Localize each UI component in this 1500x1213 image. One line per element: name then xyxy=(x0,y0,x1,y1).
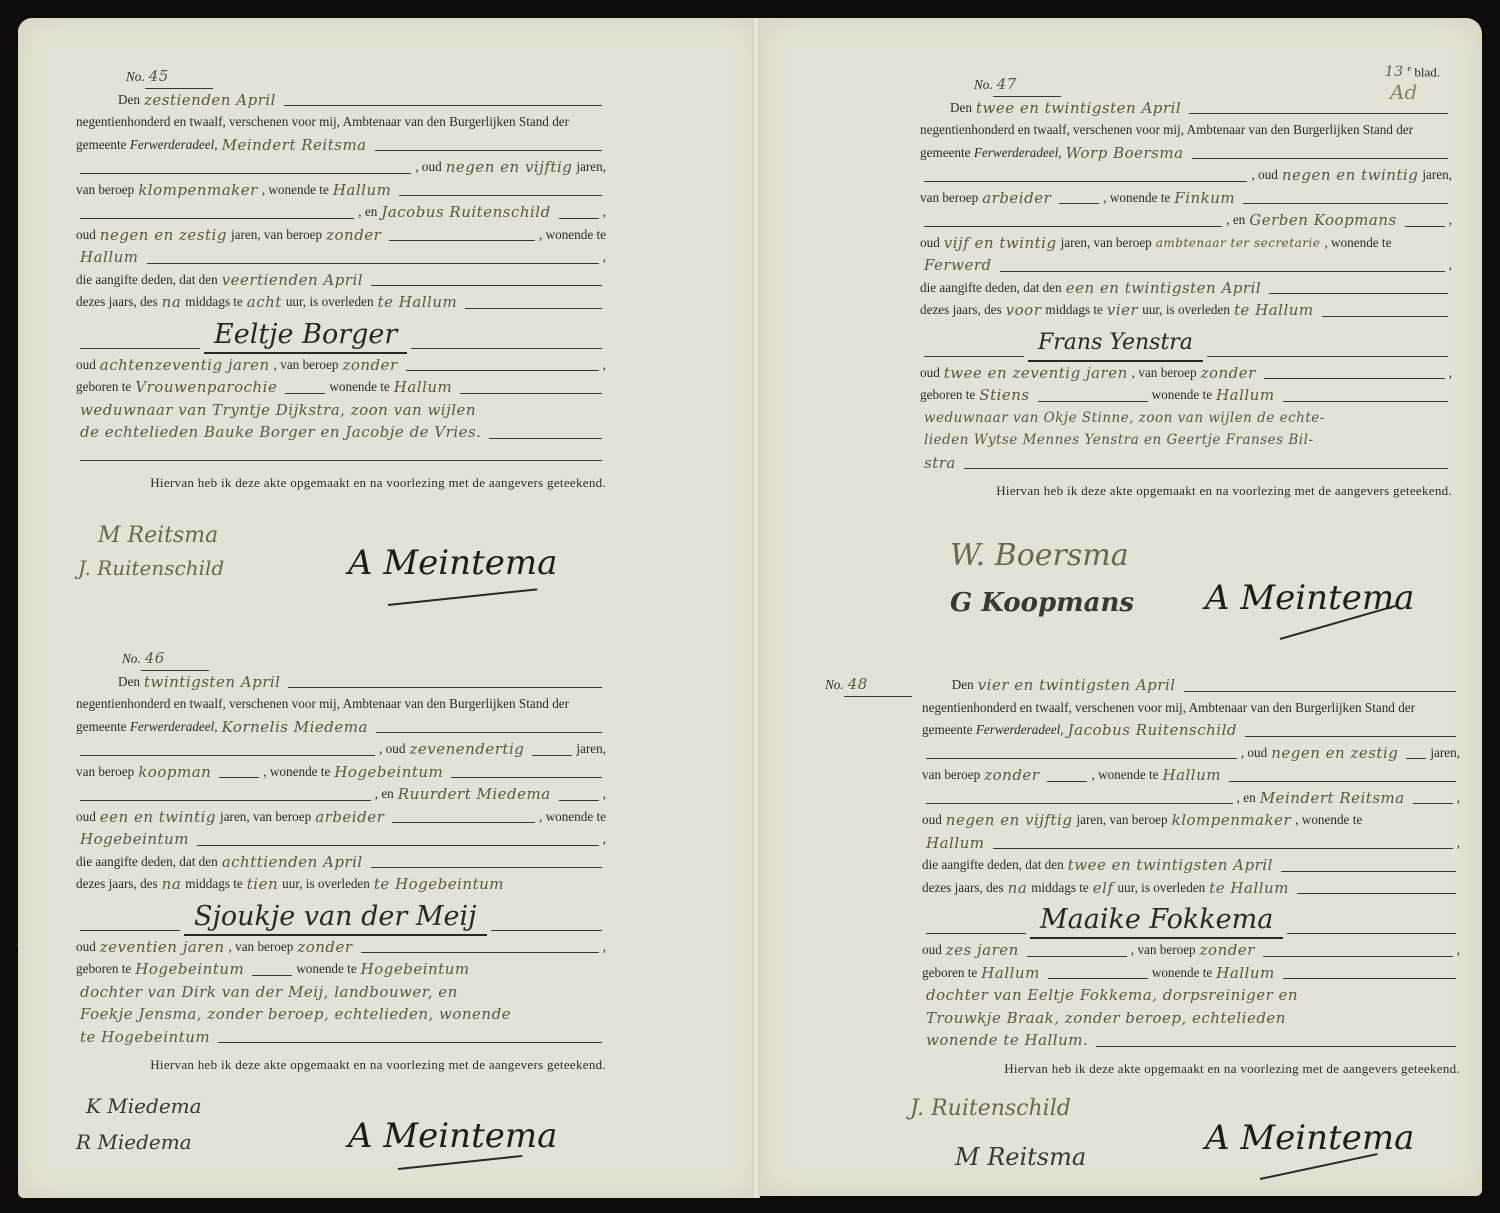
deceased-name: Maaike Fokkema xyxy=(1030,903,1283,939)
comma: , xyxy=(603,828,606,851)
declarant2-name: Jacobus Ruitenschild xyxy=(377,201,554,224)
relation-line: dochter van Dirk van der Meij, landbouwe… xyxy=(76,981,462,1004)
left-page: No. 45 Den zestienden April negentienhon… xyxy=(18,18,758,1198)
wonende-label: , wonende te xyxy=(1295,809,1362,832)
wonende-label: , wonende te xyxy=(1091,764,1158,787)
death-date: achttienden April xyxy=(218,851,367,874)
relation-line: dochter van Eeltje Fokkema, dorpsreinige… xyxy=(922,984,1302,1007)
time-of-day: na xyxy=(158,291,186,314)
declarant2-occupation: zonder xyxy=(322,224,385,247)
relation-line: weduwnaar van Okje Stinne, zoon van wijl… xyxy=(920,407,1329,430)
aangifte-label: die aangifte deden, dat den xyxy=(920,277,1062,300)
declarant2-occupation: ambtenaar ter secretarie xyxy=(1152,232,1325,255)
intro-text: negentienhonderd en twaalf, verschenen v… xyxy=(76,693,569,716)
comma: , xyxy=(1449,362,1452,385)
death-place: te Hallum xyxy=(1205,877,1293,900)
time-of-day: na xyxy=(1004,877,1032,900)
den-label: Den xyxy=(118,89,140,112)
declarant1-name: Kornelis Miedema xyxy=(218,716,372,739)
death-date: veertienden April xyxy=(218,269,367,292)
deceased-occupation: zonder xyxy=(1196,939,1259,962)
record-number-label: No. xyxy=(122,648,141,671)
middags-label: middags te xyxy=(1031,877,1089,900)
declarant1-name: Meindert Reitsma xyxy=(218,134,371,157)
signature-registrar: A Meintema xyxy=(1205,578,1414,618)
death-record-48: No. 48 Den vier en twintigsten April neg… xyxy=(825,674,1460,1080)
jaren-label: jaren, xyxy=(576,156,606,179)
deceased-age: zeventien jaren xyxy=(96,936,229,959)
wonende-label: , wonende te xyxy=(539,224,606,247)
declarant1-residence: Hallum xyxy=(1158,764,1225,787)
comma: , xyxy=(603,354,606,377)
comma: , xyxy=(1449,254,1452,277)
jaren-label: jaren, xyxy=(1422,164,1452,187)
death-hour: elf xyxy=(1089,877,1118,900)
signature-declarant1: M Reitsma xyxy=(98,523,218,548)
beroep-label: van beroep xyxy=(76,179,134,202)
record-number-label: No. xyxy=(126,66,145,89)
geboren-label: geboren te xyxy=(920,384,975,407)
death-place: te Hallum xyxy=(1230,299,1318,322)
declarant1-occupation: koopman xyxy=(134,761,215,784)
closing-statement: Hiervan heb ik deze akte opgemaakt en na… xyxy=(922,1058,1460,1081)
dezes-jaars-label: dezes jaars, des xyxy=(76,873,158,896)
time-of-day: na xyxy=(158,873,186,896)
oud-label: , oud xyxy=(379,738,405,761)
overleden-label: uur, is overleden xyxy=(1118,877,1206,900)
record-number: 48 xyxy=(844,673,912,697)
oud-label: , oud xyxy=(1251,164,1277,187)
aangifte-label: die aangifte deden, dat den xyxy=(76,269,218,292)
municipality-name: Ferwerderadeel, xyxy=(130,134,218,157)
en-label: , en xyxy=(1237,787,1256,810)
declarant2-occupation: klompenmaker xyxy=(1168,809,1296,832)
en-label: , en xyxy=(375,783,394,806)
declarant1-age: zevenendertig xyxy=(405,738,528,761)
dezes-jaars-label: dezes jaars, des xyxy=(76,291,158,314)
death-record-47: No. 47 Den twee en twintigsten April neg… xyxy=(920,74,1452,503)
geboren-label: geboren te xyxy=(922,962,977,985)
registration-date: vier en twintigsten April xyxy=(974,674,1180,697)
oud-label: , oud xyxy=(415,156,441,179)
beroep-label: , van beroep xyxy=(229,936,294,959)
intro-text: negentienhonderd en twaalf, verschenen v… xyxy=(76,111,569,134)
closing-statement: Hiervan heb ik deze akte opgemaakt en na… xyxy=(920,480,1452,503)
death-hour: acht xyxy=(243,291,286,314)
jaren-label: jaren, xyxy=(1430,742,1460,765)
aangifte-label: die aangifte deden, dat den xyxy=(76,851,218,874)
deceased-age: twee en zeventig jaren xyxy=(940,362,1132,385)
record-number: 45 xyxy=(145,65,213,89)
deceased-age: achtenzeventig jaren xyxy=(96,354,274,377)
oud-label: oud xyxy=(76,354,96,377)
death-record-45: No. 45 Den zestienden April negentienhon… xyxy=(76,66,606,495)
oud-label: oud xyxy=(922,939,942,962)
registration-date: zestienden April xyxy=(140,89,280,112)
wonende-label: , wonende te xyxy=(263,761,330,784)
comma: , xyxy=(1449,209,1452,232)
deceased-residence: Hogebeintum xyxy=(357,958,474,981)
beroep-label: van beroep xyxy=(920,187,978,210)
wonende-label: , wonende te xyxy=(1324,232,1391,255)
declarant2-name: Gerben Koopmans xyxy=(1245,209,1400,232)
relation-line: wonende te Hallum. xyxy=(922,1029,1092,1052)
en-label: , en xyxy=(358,201,377,224)
oud-label: oud xyxy=(76,224,96,247)
comma: , xyxy=(603,246,606,269)
relation-line: te Hogebeintum xyxy=(76,1026,214,1049)
declarant2-age: negen en vijftig xyxy=(942,809,1077,832)
gemeente-label: gemeente xyxy=(920,142,971,165)
declarant2-age: negen en zestig xyxy=(96,224,231,247)
jaren-label: jaren, xyxy=(576,738,606,761)
deceased-name: Frans Yenstra xyxy=(1028,326,1203,362)
gemeente-label: gemeente xyxy=(922,719,973,742)
wonende-label: , wonende te xyxy=(262,179,329,202)
signature-declarant2: R Miedema xyxy=(76,1130,192,1154)
signature-declarant1: K Miedema xyxy=(86,1094,202,1118)
deceased-occupation: zonder xyxy=(338,354,401,377)
death-hour: tien xyxy=(243,873,282,896)
oud-label: , oud xyxy=(1241,742,1267,765)
deceased-residence: Hallum xyxy=(1212,384,1279,407)
declarant2-occupation: arbeider xyxy=(311,806,388,829)
declarant1-occupation: klompenmaker xyxy=(134,179,262,202)
beroep-label: , van beroep xyxy=(1132,362,1197,385)
deceased-residence: Hallum xyxy=(390,376,457,399)
death-record-46: No. 46 Den twintigsten April negentienho… xyxy=(76,648,606,1077)
signature-declarant2: J. Ruitenschild xyxy=(78,556,224,580)
wonende-label: , wonende te xyxy=(539,806,606,829)
overleden-label: uur, is overleden xyxy=(286,291,374,314)
death-date: twee en twintigsten April xyxy=(1064,854,1277,877)
deceased-name: Sjoukje van der Meij xyxy=(184,900,487,936)
death-place: te Hallum xyxy=(374,291,462,314)
birthplace: Hogebeintum xyxy=(131,958,248,981)
wonende-label: , wonende te xyxy=(1103,187,1170,210)
gemeente-label: gemeente xyxy=(76,716,127,739)
declarant1-occupation: arbeider xyxy=(978,187,1055,210)
relation-line: lieden Wytse Mennes Yenstra en Geertje F… xyxy=(920,429,1317,452)
oud-label: oud xyxy=(922,809,942,832)
comma: , xyxy=(1457,832,1460,855)
comma: , xyxy=(1457,939,1460,962)
overleden-label: uur, is overleden xyxy=(282,873,370,896)
oud-label: oud xyxy=(920,362,940,385)
declarant1-age: negen en zestig xyxy=(1267,742,1402,765)
den-label: Den xyxy=(950,97,972,120)
birthplace: Hallum xyxy=(977,962,1044,985)
signature-declarant2: G Koopmans xyxy=(950,588,1134,618)
jaren-beroep-label: jaren, van beroep xyxy=(220,806,311,829)
wonende-label: wonende te xyxy=(1152,962,1212,985)
declarant2-age: vijf en twintig xyxy=(940,232,1061,255)
birthplace: Vrouwenparochie xyxy=(131,376,281,399)
deceased-age: zes jaren xyxy=(942,939,1023,962)
declarant2-residence: Hogebeintum xyxy=(76,828,193,851)
book-spine xyxy=(752,18,760,1198)
record-number: 47 xyxy=(993,73,1061,97)
aangifte-label: die aangifte deden, dat den xyxy=(922,854,1064,877)
closing-statement: Hiervan heb ik deze akte opgemaakt en na… xyxy=(76,1054,606,1077)
middags-label: middags te xyxy=(185,291,243,314)
signature-registrar: A Meintema xyxy=(348,543,557,583)
declarant1-name: Worp Boersma xyxy=(1062,142,1188,165)
jaren-beroep-label: jaren, van beroep xyxy=(1061,232,1152,255)
jaren-beroep-label: jaren, van beroep xyxy=(231,224,322,247)
birthplace: Stiens xyxy=(975,384,1033,407)
beroep-label: , van beroep xyxy=(1131,939,1196,962)
jaren-beroep-label: jaren, van beroep xyxy=(1076,809,1167,832)
overleden-label: uur, is overleden xyxy=(1142,299,1230,322)
record-number: 46 xyxy=(141,647,209,671)
comma: , xyxy=(1457,787,1460,810)
municipality-name: Ferwerderadeel, xyxy=(976,719,1064,742)
wonende-label: wonende te xyxy=(329,376,389,399)
right-page: 13e blad. Ad No. 47 Den twee en twintigs… xyxy=(760,18,1482,1196)
registration-date: twee en twintigsten April xyxy=(972,97,1185,120)
relation-line: stra xyxy=(920,452,960,475)
intro-text: negentienhonderd en twaalf, verschenen v… xyxy=(920,119,1413,142)
death-date: een en twintigsten April xyxy=(1062,277,1265,300)
relation-line: de echtelieden Bauke Borger en Jacobje d… xyxy=(76,421,485,444)
declarant1-age: negen en twintig xyxy=(1278,164,1423,187)
comma: , xyxy=(603,936,606,959)
en-label: , en xyxy=(1226,209,1245,232)
beroep-label: van beroep xyxy=(76,761,134,784)
declarant2-age: een en twintig xyxy=(96,806,220,829)
oud-label: oud xyxy=(76,806,96,829)
time-of-day: voor xyxy=(1002,299,1046,322)
declarant1-residence: Hogebeintum xyxy=(330,761,447,784)
beroep-label: , van beroep xyxy=(274,354,339,377)
declarant2-residence: Ferwerd xyxy=(920,254,996,277)
signature-registrar: A Meintema xyxy=(1205,1118,1414,1158)
record-number-label: No. xyxy=(825,674,844,697)
declarant1-occupation: zonder xyxy=(980,764,1043,787)
beroep-label: van beroep xyxy=(922,764,980,787)
wonende-label: wonende te xyxy=(296,958,356,981)
declarant1-residence: Finkum xyxy=(1170,187,1239,210)
gemeente-label: gemeente xyxy=(76,134,127,157)
declarant1-name: Jacobus Ruitenschild xyxy=(1064,719,1241,742)
signature-declarant1: W. Boersma xyxy=(950,538,1129,573)
geboren-label: geboren te xyxy=(76,958,131,981)
municipality-name: Ferwerderadeel, xyxy=(130,716,218,739)
comma: , xyxy=(603,201,606,224)
declarant2-name: Meindert Reitsma xyxy=(1256,787,1409,810)
intro-text: negentienhonderd en twaalf, verschenen v… xyxy=(922,697,1415,720)
wonende-label: wonende te xyxy=(1152,384,1212,407)
deceased-name: Eeltje Borger xyxy=(204,318,407,354)
signature-registrar: A Meintema xyxy=(348,1116,557,1156)
municipality-name: Ferwerderadeel, xyxy=(974,142,1062,165)
geboren-label: geboren te xyxy=(76,376,131,399)
signature-declarant1: J. Ruitenschild xyxy=(910,1096,1071,1121)
death-hour: vier xyxy=(1103,299,1142,322)
den-label: Den xyxy=(118,671,140,694)
middags-label: middags te xyxy=(185,873,243,896)
declarant2-residence: Hallum xyxy=(922,832,989,855)
closing-statement: Hiervan heb ik deze akte opgemaakt en na… xyxy=(76,472,606,495)
registration-date: twintigsten April xyxy=(140,671,284,694)
relation-line: weduwnaar van Tryntje Dijkstra, zoon van… xyxy=(76,399,480,422)
oud-label: oud xyxy=(920,232,940,255)
relation-line: Foekje Jensma, zonder beroep, echteliede… xyxy=(76,1003,515,1026)
oud-label: oud xyxy=(76,936,96,959)
dezes-jaars-label: dezes jaars, des xyxy=(922,877,1004,900)
deceased-occupation: zonder xyxy=(293,936,356,959)
dezes-jaars-label: dezes jaars, des xyxy=(920,299,1002,322)
declarant1-age: negen en vijftig xyxy=(442,156,577,179)
relation-line: Trouwkje Braak, zonder beroep, echtelied… xyxy=(922,1007,1290,1030)
deceased-residence: Hallum xyxy=(1212,962,1279,985)
deceased-occupation: zonder xyxy=(1197,362,1260,385)
declarant2-name: Ruurdert Miedema xyxy=(394,783,555,806)
record-number-label: No. xyxy=(974,74,993,97)
comma: , xyxy=(603,783,606,806)
den-label: Den xyxy=(952,674,974,697)
signature-declarant2: M Reitsma xyxy=(955,1143,1086,1171)
death-place: te Hogebeintum xyxy=(370,873,508,896)
declarant1-residence: Hallum xyxy=(329,179,396,202)
middags-label: middags te xyxy=(1045,299,1103,322)
declarant2-residence: Hallum xyxy=(76,246,143,269)
